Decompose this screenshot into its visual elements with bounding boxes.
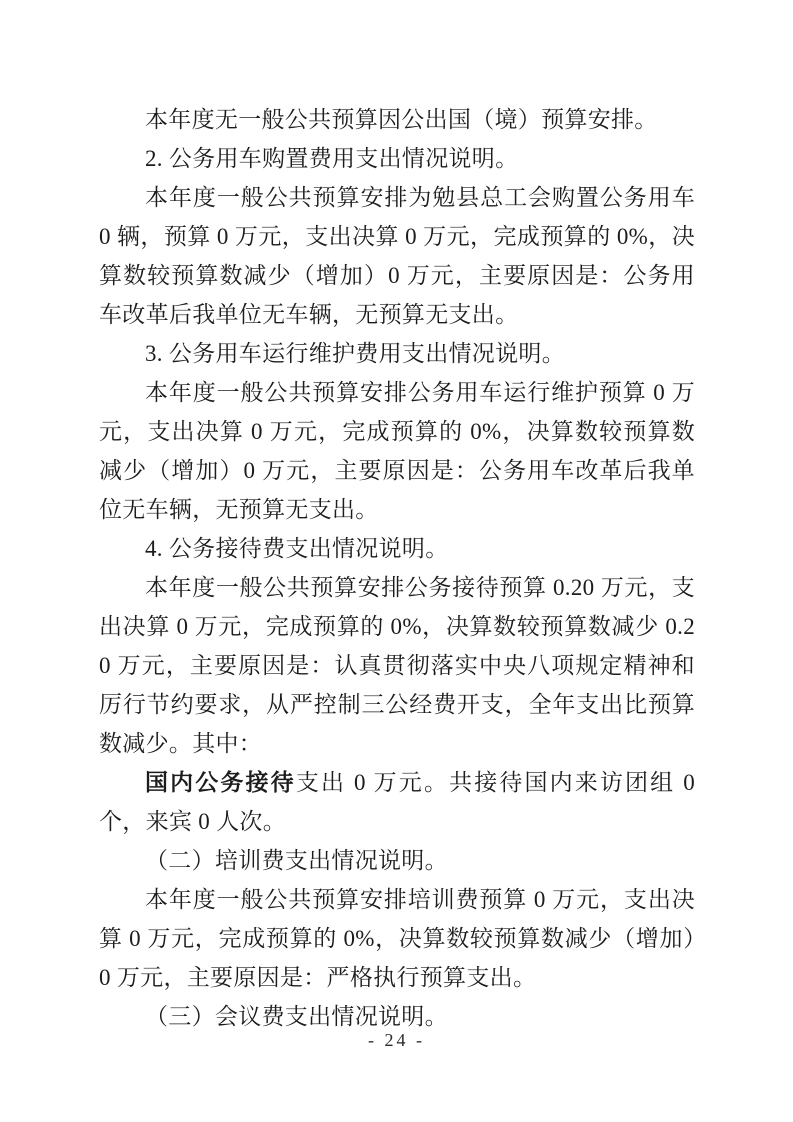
para-vehicle-purchase: 本年度一般公共预算安排为勉县总工会购置公务用车 0 辆，预算 0 万元，支出决算… xyxy=(99,178,695,334)
document-body: 本年度无一般公共预算因公出国（境）预算安排。 2. 公务用车购置费用支出情况说明… xyxy=(99,100,695,1036)
heading-official-reception: 4. 公务接待费支出情况说明。 xyxy=(99,529,695,568)
para-official-reception: 本年度一般公共预算安排公务接待预算 0.20 万元，支出决算 0 万元，完成预算… xyxy=(99,568,695,763)
para-no-abroad-budget: 本年度无一般公共预算因公出国（境）预算安排。 xyxy=(99,100,695,139)
domestic-reception-lead: 国内公务接待 xyxy=(145,770,296,795)
document-page: 本年度无一般公共预算因公出国（境）预算安排。 2. 公务用车购置费用支出情况说明… xyxy=(0,0,793,1122)
heading-vehicle-maintenance: 3. 公务用车运行维护费用支出情况说明。 xyxy=(99,334,695,373)
heading-vehicle-purchase: 2. 公务用车购置费用支出情况说明。 xyxy=(99,139,695,178)
page-number: - 24 - xyxy=(0,1028,793,1052)
para-vehicle-maintenance: 本年度一般公共预算安排公务用车运行维护预算 0 万元，支出决算 0 万元，完成预… xyxy=(99,373,695,529)
heading-training-fee: （二）培训费支出情况说明。 xyxy=(99,841,695,880)
para-training-fee: 本年度一般公共预算安排培训费预算 0 万元，支出决算 0 万元，完成预算的 0%… xyxy=(99,880,695,997)
para-domestic-reception: 国内公务接待支出 0 万元。共接待国内来访团组 0 个，来宾 0 人次。 xyxy=(99,763,695,841)
